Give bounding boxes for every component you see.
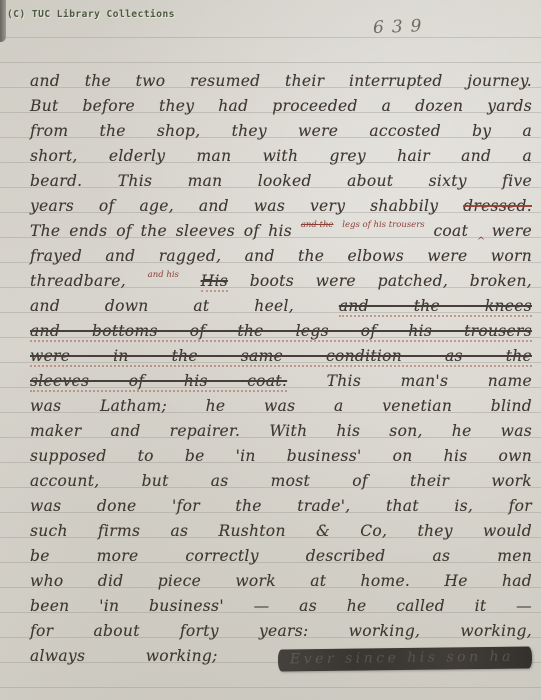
struck-text: His — [201, 272, 228, 292]
manuscript-line: threadbare, and his His boots were patch… — [30, 269, 532, 294]
struck-text: were in the same condition as the — [30, 347, 532, 367]
handwritten-text: frayed and ragged, and the elbows were w… — [30, 247, 532, 265]
manuscript-line: was Latham; he was a venetian blind — [30, 394, 532, 419]
manuscript-line: and the two resumed their interrupted jo… — [30, 69, 532, 94]
handwritten-text: supposed to be 'in business' on his own — [30, 447, 532, 465]
manuscript-lines: and the two resumed their interrupted jo… — [30, 69, 532, 669]
red-insertion-struck: and the — [301, 221, 334, 230]
red-insertion: and his — [148, 271, 179, 280]
handwritten-text: This man's name — [327, 372, 532, 390]
manuscript-line: who did piece work at home. He had — [30, 569, 532, 594]
manuscript-line: was done 'for the trade', that is, for — [30, 494, 532, 519]
handwritten-text: was done 'for the trade', that is, for — [30, 497, 532, 515]
manuscript-line: and bottoms of the legs of his trousers — [30, 319, 532, 344]
handwritten-text: and the two resumed their interrupted jo… — [30, 72, 532, 90]
handwritten-text: for about forty years: working, working, — [30, 622, 532, 640]
manuscript-line: The ends of the sleeves of his and the l… — [30, 219, 532, 244]
handwritten-text: years of age, and was very shabbily — [30, 197, 438, 215]
handwritten-text: been 'in business' — as he called it — — [30, 597, 532, 615]
handwritten-text: be more correctly described as men — [30, 547, 532, 565]
struck-text: and bottoms of the legs of his trousers — [30, 322, 532, 342]
manuscript-line: maker and repairer. With his son, he was — [30, 419, 532, 444]
handwritten-text: threadbare, — [30, 272, 126, 290]
red-insertion: legs of his trousers — [342, 221, 424, 230]
manuscript-page: (C) TUC Library Collections 639 and the … — [0, 0, 541, 700]
handwritten-text: was Latham; he was a venetian blind — [30, 397, 532, 415]
library-watermark: (C) TUC Library Collections — [7, 9, 175, 20]
manuscript-line: supposed to be 'in business' on his own — [30, 444, 532, 469]
handwritten-text: and down at heel, — [30, 297, 294, 315]
struck-text: sleeves of his coat. — [30, 372, 287, 392]
handwritten-text: account, but as most of their work — [30, 472, 532, 490]
manuscript-line: frayed and ragged, and the elbows were w… — [30, 244, 532, 269]
manuscript-line: short, elderly man with grey hair and a — [30, 144, 532, 169]
manuscript-line: for about forty years: working, working, — [30, 619, 532, 644]
handwritten-text: beard. This man looked about sixty five — [30, 172, 532, 190]
scan-edge-artifact — [0, 0, 6, 42]
handwritten-text: short, elderly man with grey hair and a — [30, 147, 532, 165]
manuscript-line: years of age, and was very shabbily dres… — [30, 194, 532, 219]
manuscript-line: be more correctly described as men — [30, 544, 532, 569]
handwritten-text: who did piece work at home. He had — [30, 572, 532, 590]
manuscript-line: were in the same condition as the — [30, 344, 532, 369]
manuscript-line: from the shop, they were accosted by a — [30, 119, 532, 144]
manuscript-line: been 'in business' — as he called it — — [30, 594, 532, 619]
handwritten-text: such firms as Rushton & Co, they would — [30, 522, 532, 540]
redacted-text: Ever since his son ha — [278, 646, 532, 671]
red-struck-text: dressed. — [463, 197, 532, 215]
handwritten-text: maker and repairer. With his son, he was — [30, 422, 532, 440]
handwritten-text: were — [492, 222, 532, 240]
manuscript-line: and down at heel, and the knees — [30, 294, 532, 319]
manuscript-line: But before they had proceeded a dozen ya… — [30, 94, 532, 119]
manuscript-line: always working; Ever since his son ha — [30, 644, 532, 669]
page-number: 639 — [372, 16, 429, 38]
manuscript-line: sleeves of his coat. This man's name — [30, 369, 532, 394]
struck-text: and the knees — [339, 297, 532, 317]
handwritten-text: from the shop, they were accosted by a — [30, 122, 532, 140]
handwritten-text: boots were patched, broken, — [250, 272, 532, 290]
insertion-caret-icon: ^ — [477, 229, 483, 254]
manuscript-line: such firms as Rushton & Co, they would — [30, 519, 532, 544]
handwritten-text: The ends of the sleeves of his — [30, 222, 292, 240]
manuscript-line: account, but as most of their work — [30, 469, 532, 494]
handwritten-text: always working; — [30, 647, 218, 665]
handwritten-text: But before they had proceeded a dozen ya… — [30, 97, 532, 115]
manuscript-line: beard. This man looked about sixty five — [30, 169, 532, 194]
handwritten-text: coat — [433, 222, 468, 240]
